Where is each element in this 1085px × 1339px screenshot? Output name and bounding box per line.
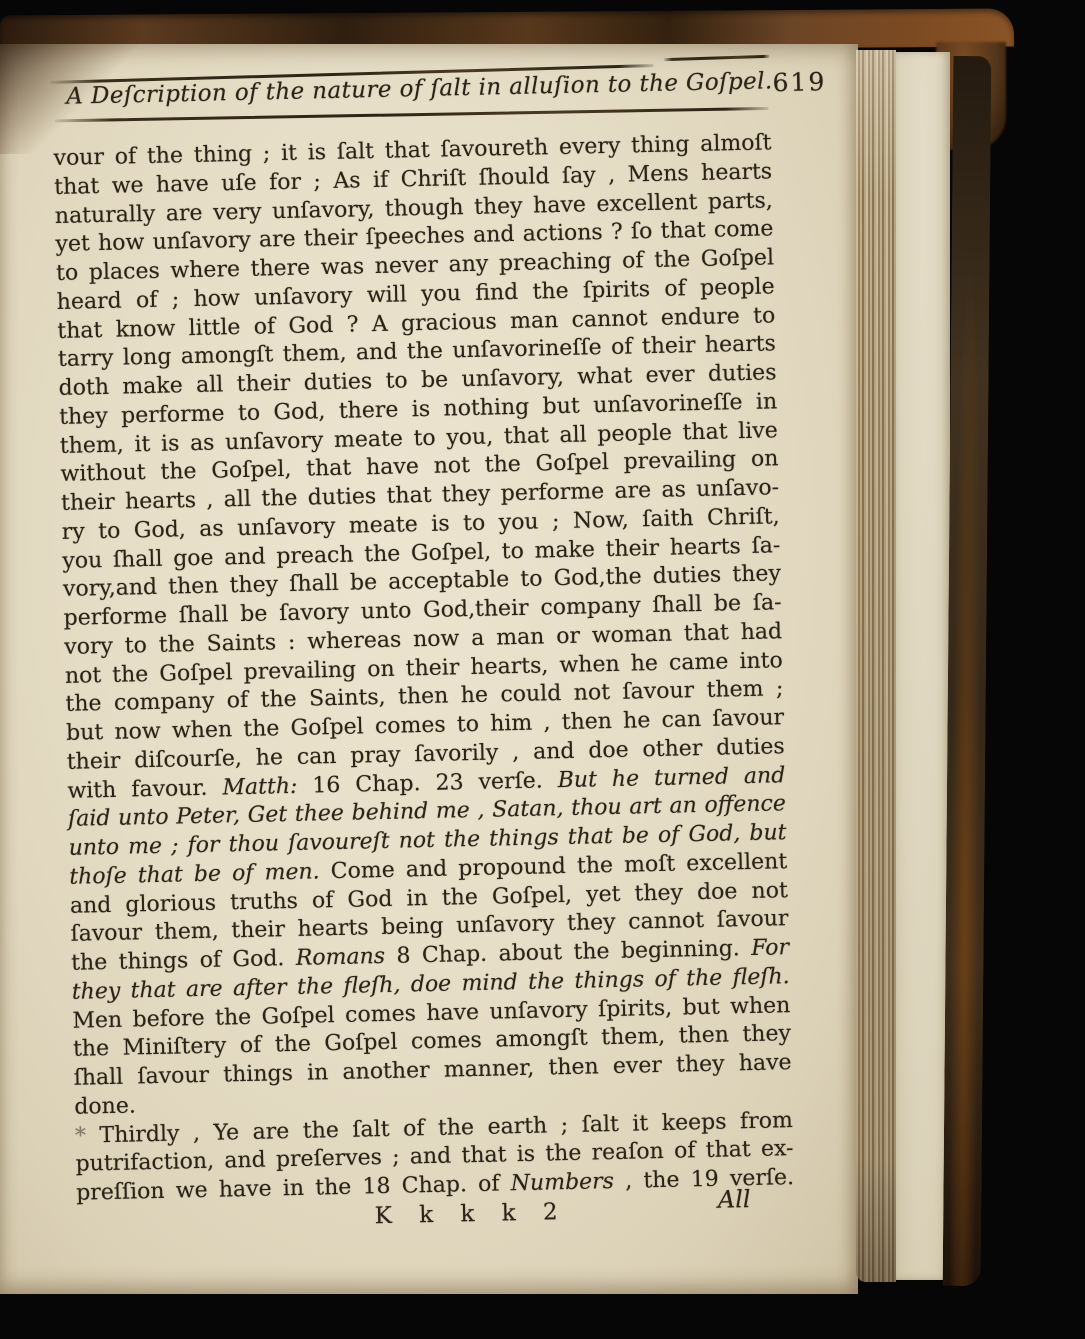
page-title: A Deſcription of the nature of ſalt in a… bbox=[52, 68, 773, 110]
book-cover-bottom-edge bbox=[0, 1284, 886, 1317]
book-page: A Deſcription of the nature of ſalt in a… bbox=[0, 44, 858, 1294]
body-text: vour of the thing ; it is ſalt that ſavo… bbox=[53, 129, 794, 1208]
catchword: All bbox=[717, 1185, 750, 1214]
underlying-page-edge bbox=[896, 52, 950, 1280]
printed-content: A Deſcription of the nature of ſalt in a… bbox=[52, 68, 795, 1243]
fanned-page-edges bbox=[856, 50, 896, 1282]
gathering-signature: K k k k 2 bbox=[374, 1199, 564, 1229]
page-number: 619 bbox=[772, 67, 826, 97]
scanned-book-page: A Deſcription of the nature of ſalt in a… bbox=[0, 0, 1085, 1339]
header-rule-top-right bbox=[664, 55, 770, 61]
